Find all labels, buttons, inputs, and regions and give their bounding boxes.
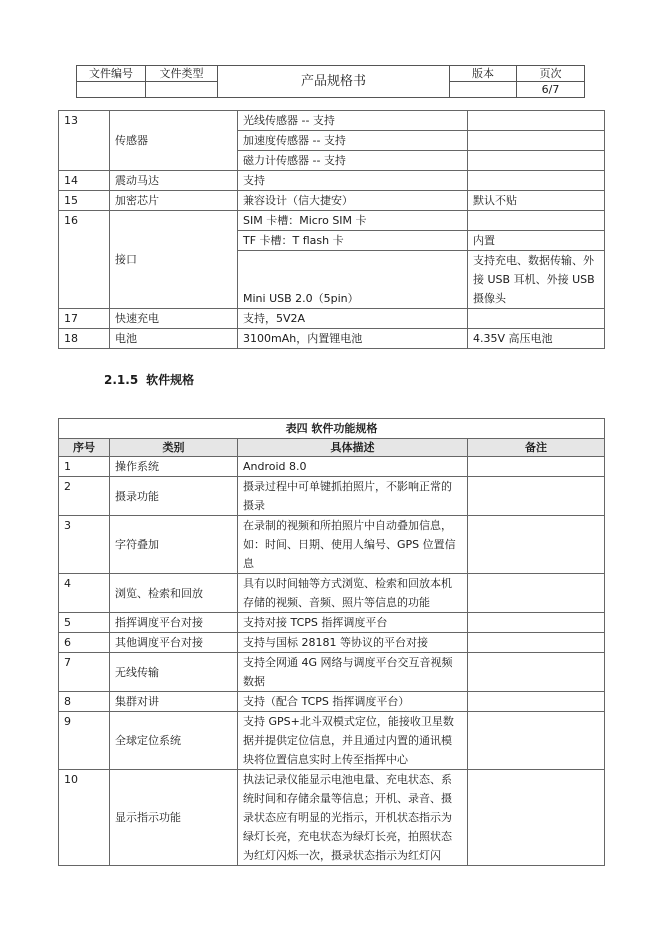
row-note (468, 770, 605, 866)
row-number: 7 (59, 653, 110, 692)
row-desc: 兼容设计（信大捷安） (238, 191, 468, 211)
row-desc: 支持 (238, 171, 468, 191)
row-desc: 3100mAh，内置锂电池 (238, 329, 468, 349)
row-note: 默认不贴 (468, 191, 605, 211)
row-note (468, 171, 605, 191)
row-note (468, 692, 605, 712)
row-category: 指挥调度平台对接 (110, 613, 238, 633)
table-row: 8 集群对讲 支持（配合 TCPS 指挥调度平台） (59, 692, 605, 712)
row-number: 10 (59, 770, 110, 866)
row-category: 传感器 (110, 111, 238, 171)
section-title: 软件规格 (146, 373, 194, 387)
row-desc: SIM 卡槽：Micro SIM 卡 (238, 211, 468, 231)
row-category: 震动马达 (110, 171, 238, 191)
row-category: 无线传输 (110, 653, 238, 692)
row-desc: 支持与国标 28181 等协议的平台对接 (238, 633, 468, 653)
row-desc: Android 8.0 (238, 457, 468, 477)
row-number: 3 (59, 516, 110, 574)
row-category: 全球定位系统 (110, 712, 238, 770)
row-note (468, 712, 605, 770)
table-row: 9 全球定位系统 支持 GPS+北斗双模式定位，能接收卫星数据并提供定位信息，并… (59, 712, 605, 770)
row-category: 电池 (110, 329, 238, 349)
row-number: 18 (59, 329, 110, 349)
row-note (468, 574, 605, 613)
table-row: 15 加密芯片 兼容设计（信大捷安） 默认不贴 (59, 191, 605, 211)
page-label: 页次 (517, 66, 585, 82)
row-number: 4 (59, 574, 110, 613)
row-note (468, 309, 605, 329)
table-row: 5 指挥调度平台对接 支持对接 TCPS 指挥调度平台 (59, 613, 605, 633)
table-caption-row: 表四 软件功能规格 (59, 419, 605, 439)
table-row: 3 字符叠加 在录制的视频和所拍照片中自动叠加信息，如：时间、日期、使用人编号、… (59, 516, 605, 574)
hardware-spec-table: 13 传感器 光线传感器 -- 支持 加速度传感器 -- 支持 磁力计传感器 -… (58, 110, 605, 349)
row-note (468, 211, 605, 231)
row-desc: 摄录过程中可单键抓拍照片，不影响正常的摄录 (238, 477, 468, 516)
row-number: 17 (59, 309, 110, 329)
doc-type-label: 文件类型 (146, 66, 218, 82)
row-desc: Mini USB 2.0（5pin） (238, 251, 468, 309)
doc-title: 产品规格书 (218, 66, 450, 98)
table-row: 13 传感器 光线传感器 -- 支持 (59, 111, 605, 131)
row-category: 操作系统 (110, 457, 238, 477)
row-note: 内置 (468, 231, 605, 251)
row-desc: 支持对接 TCPS 指挥调度平台 (238, 613, 468, 633)
row-number: 5 (59, 613, 110, 633)
column-header-category: 类别 (110, 439, 238, 457)
row-note (468, 477, 605, 516)
row-desc: TF 卡槽：T flash 卡 (238, 231, 468, 251)
row-number: 13 (59, 111, 110, 171)
row-note (468, 633, 605, 653)
table-header-row: 序号 类别 具体描述 备注 (59, 439, 605, 457)
column-header-note: 备注 (468, 439, 605, 457)
row-note (468, 613, 605, 633)
doc-number-label: 文件编号 (77, 66, 146, 82)
row-category: 其他调度平台对接 (110, 633, 238, 653)
software-spec-table: 表四 软件功能规格 序号 类别 具体描述 备注 1 操作系统 Android 8… (58, 418, 605, 866)
row-number: 9 (59, 712, 110, 770)
row-desc: 支持（配合 TCPS 指挥调度平台） (238, 692, 468, 712)
row-number: 6 (59, 633, 110, 653)
table-row: 16 接口 SIM 卡槽：Micro SIM 卡 (59, 211, 605, 231)
row-number: 16 (59, 211, 110, 309)
document-header: 文件编号 文件类型 产品规格书 版本 页次 6/7 (76, 65, 585, 98)
table-row: 10 显示指示功能 执法记录仪能显示电池电量、充电状态、系统时间和存储余量等信息… (59, 770, 605, 866)
table-row: 1 操作系统 Android 8.0 (59, 457, 605, 477)
row-note: 支持充电、数据传输、外接 USB 耳机、外接 USB 摄像头 (468, 251, 605, 309)
row-note (468, 653, 605, 692)
table-row: 7 无线传输 支持全网通 4G 网络与调度平台交互音视频数据 (59, 653, 605, 692)
version-label: 版本 (450, 66, 517, 82)
table-row: 6 其他调度平台对接 支持与国标 28181 等协议的平台对接 (59, 633, 605, 653)
row-note (468, 151, 605, 171)
row-desc: 加速度传感器 -- 支持 (238, 131, 468, 151)
table-row: 17 快速充电 支持，5V2A (59, 309, 605, 329)
version-value (450, 82, 517, 98)
row-desc: 光线传感器 -- 支持 (238, 111, 468, 131)
row-number: 2 (59, 477, 110, 516)
row-category: 显示指示功能 (110, 770, 238, 866)
section-number: 2.1.5 (104, 373, 138, 387)
row-desc: 支持全网通 4G 网络与调度平台交互音视频数据 (238, 653, 468, 692)
row-desc: 具有以时间轴等方式浏览、检索和回放本机存储的视频、音频、照片等信息的功能 (238, 574, 468, 613)
row-number: 1 (59, 457, 110, 477)
table-row: 18 电池 3100mAh，内置锂电池 4.35V 高压电池 (59, 329, 605, 349)
row-note (468, 457, 605, 477)
row-category: 集群对讲 (110, 692, 238, 712)
column-header-number: 序号 (59, 439, 110, 457)
row-desc: 执法记录仪能显示电池电量、充电状态、系统时间和存储余量等信息；开机、录音、摄录状… (238, 770, 468, 866)
row-category: 快速充电 (110, 309, 238, 329)
page-value: 6/7 (517, 82, 585, 98)
table-row: 4 浏览、检索和回放 具有以时间轴等方式浏览、检索和回放本机存储的视频、音频、照… (59, 574, 605, 613)
row-category: 摄录功能 (110, 477, 238, 516)
row-desc: 支持，5V2A (238, 309, 468, 329)
row-note (468, 131, 605, 151)
row-desc: 支持 GPS+北斗双模式定位，能接收卫星数据并提供定位信息，并且通过内置的通讯模… (238, 712, 468, 770)
table-caption: 表四 软件功能规格 (59, 419, 605, 439)
row-category: 浏览、检索和回放 (110, 574, 238, 613)
section-heading: 2.1.5软件规格 (104, 371, 202, 388)
row-category: 接口 (110, 211, 238, 309)
row-note: 4.35V 高压电池 (468, 329, 605, 349)
table-row: 2 摄录功能 摄录过程中可单键抓拍照片，不影响正常的摄录 (59, 477, 605, 516)
row-number: 15 (59, 191, 110, 211)
row-category: 字符叠加 (110, 516, 238, 574)
row-desc: 磁力计传感器 -- 支持 (238, 151, 468, 171)
row-number: 8 (59, 692, 110, 712)
doc-number-value (77, 82, 146, 98)
row-number: 14 (59, 171, 110, 191)
column-header-description: 具体描述 (238, 439, 468, 457)
row-category: 加密芯片 (110, 191, 238, 211)
row-note (468, 111, 605, 131)
doc-type-value (146, 82, 218, 98)
row-desc: 在录制的视频和所拍照片中自动叠加信息，如：时间、日期、使用人编号、GPS 位置信… (238, 516, 468, 574)
row-note (468, 516, 605, 574)
table-row: 14 震动马达 支持 (59, 171, 605, 191)
